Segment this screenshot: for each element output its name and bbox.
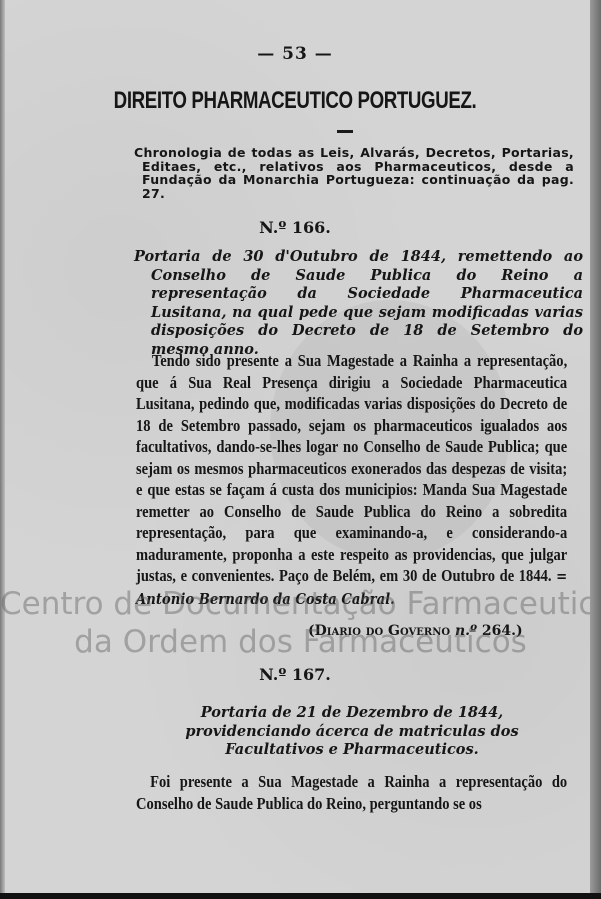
page-right-edge	[590, 0, 601, 899]
page-left-edge	[0, 0, 5, 893]
entry-body-166: Tendo sido presente a Sua Magestade a Ra…	[136, 350, 567, 610]
portaria-summary-166: Portaria de 30 d'Outubro de 1844, remett…	[134, 248, 583, 359]
title-divider	[337, 130, 353, 133]
portaria-summary-167: Portaria de 21 de Dezembro de 1844, prov…	[142, 704, 562, 760]
source-citation: (Diario do Governo n.º 264.)	[308, 623, 523, 639]
entry-heading-167: N.º 167.	[0, 665, 590, 684]
entry-body-text: Tendo sido presente a Sua Magestade a Ra…	[136, 351, 567, 585]
entry-heading-166: N.º 166.	[0, 218, 590, 237]
entry-body-167: Foi presente a Sua Magestade a Rainha a …	[136, 771, 567, 814]
page-title: DIREITO PHARMACEUTICO PORTUGUEZ.	[65, 87, 525, 115]
source-suffix: 264.)	[477, 623, 523, 639]
page-number: — 53 —	[0, 44, 590, 64]
source-prefix: (Diario do Governo	[308, 623, 455, 639]
document-page: — 53 — DIREITO PHARMACEUTICO PORTUGUEZ. …	[0, 0, 590, 893]
page-bottom-edge	[0, 893, 601, 899]
source-number-label: n.º	[455, 623, 477, 639]
chronology-subtitle: Chronologia de todas as Leis, Alvarás, D…	[134, 146, 574, 200]
